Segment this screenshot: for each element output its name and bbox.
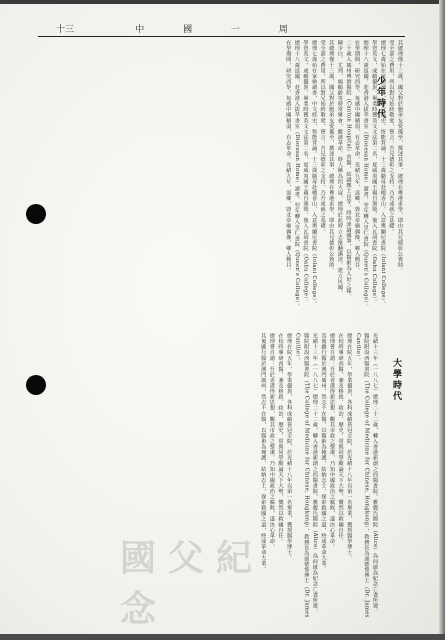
header-rule bbox=[38, 36, 405, 37]
section-heading-university: 大學時代 bbox=[390, 358, 403, 402]
paragraph: 總理在院五年，學業優異，各科成績皆冠全院，於光緒十八年以第一名畢業，獲授醫學博士… bbox=[345, 333, 354, 623]
paragraph: 陳少白、尤列、楊鶴齡等時常聚會，縱談革命，時人稱為四大寇。總理於此時立志推翻滿清… bbox=[335, 40, 344, 312]
paragraph: 光緒十三年（一八八七）總理二十二歲，轉入香港新創之西醫書院。雅麗氏醫院（Alic… bbox=[310, 333, 319, 623]
paragraph: 學習英文，成績優異。畢業時獲英文文法第二名，夏威夷國王親自頒獎。後入瓦胡書院（O… bbox=[301, 40, 310, 312]
paragraph: 醫院附設西醫書院（The College of Medicine for Chi… bbox=[353, 333, 370, 623]
paragraph: 在學期間，研究西學，每感中國積弱，有志革命。光緒九年，返鄉，毀北帝廟偶像，鄉人側… bbox=[352, 40, 361, 312]
paragraph: 在學期間，研究西學，每感中國積弱，有志革命。光緒九年，返鄉，毀北帝廟偶像，鄉人側… bbox=[284, 40, 293, 312]
binder-punch-hole bbox=[26, 204, 46, 224]
paragraph: 總理七歲始在家塾讀書，中文經史，恆能背誦。十三歲隨母赴檀香山，入意奧蘭尼書院（I… bbox=[378, 40, 387, 312]
scan-edge-top bbox=[0, 0, 445, 4]
upper-text-block: 其總理僅十三歲，國父對於胞弟友愛備至，撰述其事，總理在粵港求學，即由其兄德彰公資… bbox=[34, 40, 404, 312]
paragraph: 受全部之費用，所以對兄始終敬愛，嘗言：吾兄德彰之支持，乃吾成就之基礎。 bbox=[387, 40, 396, 312]
paragraph: 受全部之費用，所以對兄始終敬愛，嘗言：吾兄德彰之支持，乃吾成就之基礎。 bbox=[318, 40, 327, 312]
paragraph: 總理十八歲返國，赴香港入拔萃書室（Diocesan Home）讀書，翌年轉入皇仁… bbox=[361, 40, 370, 312]
paragraph: 其總理僅十三歲，國父對於胞弟友愛備至，撰述其事，總理在粵港求學，即由其兄德彰公資… bbox=[327, 40, 336, 312]
paragraph: 總理十八歲返國，赴香港入拔萃書室（Diocesan Home）讀書，翌年轉入皇仁… bbox=[292, 40, 301, 312]
scan-edge-bottom bbox=[0, 634, 445, 640]
paragraph: 其後雖行醫於澳門廣州，然志不在醫，以醫術為掩護，結納志士，探索救國之道，終成革命… bbox=[319, 333, 328, 623]
publication-title: 中 國 一 周 bbox=[38, 22, 403, 35]
paragraph: 在校時專研西醫，兼及格致、政治、歷史，常與同學縱論天下大勢，慨然以救國自任。 bbox=[336, 333, 345, 623]
running-header: 十三 中 國 一 周 bbox=[38, 22, 403, 36]
paragraph: 總理七歲始在家塾讀書，中文經史，恆能背誦。十三歲隨母赴檀香山，入意奧蘭尼書院（I… bbox=[309, 40, 318, 312]
watermark-stamp: 國父紀念 bbox=[120, 530, 290, 585]
paragraph: 光緒十三年（一八八七）總理二十二歲，轉入香港新創之西醫書院。雅麗氏醫院（Alic… bbox=[370, 333, 379, 623]
scanned-page: 十三 中 國 一 周 少年時代 大學時代 其總理僅十三歲，國父對於胞弟友愛備至，… bbox=[0, 0, 445, 640]
paragraph: 總理嘗自謂：吾於香港得新思想，觀其市政之整潔，乃知中國政治之腐敗，遂決心革命。 bbox=[327, 333, 336, 623]
binder-punch-hole bbox=[26, 375, 46, 395]
scan-edge-right bbox=[439, 0, 445, 640]
paragraph: 二十歲入廣州博濟醫院（Canton Hospital）習醫，結識鄭士良等，時時談… bbox=[344, 40, 353, 312]
paragraph: 學習英文，成績優異。畢業時獲英文文法第二名，夏威夷國王親自頒獎。後入瓦胡書院（O… bbox=[370, 40, 379, 312]
paragraph: 醫院附設西醫書院（The College of Medicine for Chi… bbox=[293, 333, 310, 623]
paragraph: 其總理僅十三歲，國父對於胞弟友愛備至，撰述其事，總理在粵港求學，即由其兄德彰公資… bbox=[395, 40, 404, 312]
